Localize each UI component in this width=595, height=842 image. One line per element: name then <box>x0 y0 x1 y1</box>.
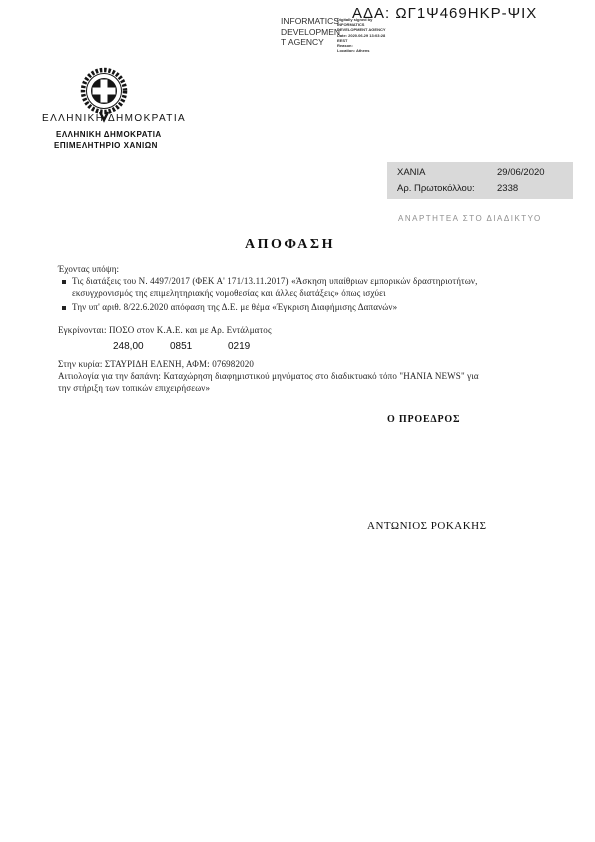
digital-signature-details: Digitally signed by INFORMATICS DEVELOPM… <box>337 17 386 53</box>
stamp-agency-line: T AGENCY <box>281 37 340 48</box>
protocol-city-row: ΧΑΝΙΑ 29/06/2020 <box>397 167 426 178</box>
amount-value: 248,00 <box>113 341 144 352</box>
board-decision-bullet-line: Την υπ' αριθ. 8/22.6.2020 απόφαση της Δ.… <box>72 302 397 312</box>
having-regard-line: Έχοντας υπόψη: <box>58 264 119 274</box>
kae-code: 0851 <box>170 341 192 352</box>
signature-name: ΑΝΤΩΝΙΟΣ ΡΟΚΑΚΗΣ <box>367 520 487 532</box>
bullet-icon <box>62 306 66 310</box>
posted-on-internet-note: ΑΝΑΡΤΗΤΕΑ ΣΤΟ ΔΙΑΔΙΚΤΥΟ <box>398 214 542 223</box>
stamp-detail-line: Date: 2020.06.29 13:03:28 <box>337 33 386 38</box>
stamp-detail-line: DEVELOPMENT AGENCY <box>337 27 386 32</box>
decision-title: ΑΠΟΦΑΣΗ <box>0 237 580 253</box>
warrant-number: 0219 <box>228 341 250 352</box>
signature-role: Ο ΠΡΟΕΔΡΟΣ <box>387 414 460 425</box>
hellenic-republic-subheading: ΕΛΛΗΝΙΚΗ ΔΗΜΟΚΡΑΤΙΑ <box>56 130 162 139</box>
decision-document-page: ΑΔΑ: ΩΓ1Ψ469ΗΚΡ-ΨΙΧ INFORMATICS DEVELOPM… <box>0 0 595 842</box>
approval-line: Εγκρίνονται: ΠΟΣΟ στον Κ.Α.Ε. και με Αρ.… <box>58 325 272 335</box>
justification-line: την στήριξη των τοπικών επιχειρήσεων» <box>58 383 210 393</box>
protocol-number-value: 2338 <box>497 183 518 194</box>
stamp-agency-line: INFORMATICS <box>281 16 340 27</box>
stamp-detail-line: Location: Athens <box>337 48 386 53</box>
bullet-icon <box>62 280 66 284</box>
recipient-line: Στην κυρία: ΣΤΑΥΡΙΔΗ ΕΛΕΝΗ, ΑΦΜ: 0769820… <box>58 359 254 369</box>
amounts-row: 248,00 0851 0219 <box>0 341 595 353</box>
protocol-number-label: Αρ. Πρωτοκόλλου: <box>397 183 475 194</box>
chamber-name: ΕΠΙΜΕΛΗΤΗΡΙΟ ΧΑΝΙΩΝ <box>54 141 158 150</box>
legal-basis-bullet-line: Τις διατάξεις του Ν. 4497/2017 (ΦΕΚ Α' 1… <box>72 276 478 286</box>
legal-basis-bullet-line: εκσυγχρονισμός της επιμελητηριακής νομοθ… <box>72 288 386 298</box>
protocol-city: ΧΑΝΙΑ <box>397 167 426 178</box>
hellenic-republic-heading: ΕΛΛΗΝΙΚΗ ΔΗΜΟΚΡΑΤΙΑ <box>42 113 186 124</box>
protocol-number-row: Αρ. Πρωτοκόλλου: 2338 <box>397 183 475 194</box>
justification-line: Αιτιολογία για την δαπάνη: Καταχώρηση δι… <box>58 371 479 381</box>
digital-signature-agency: INFORMATICS DEVELOPMEN T AGENCY <box>281 16 340 48</box>
stamp-agency-line: DEVELOPMEN <box>281 27 340 38</box>
protocol-date: 29/06/2020 <box>497 167 545 178</box>
protocol-box: ΧΑΝΙΑ 29/06/2020 Αρ. Πρωτοκόλλου: 2338 <box>387 162 573 199</box>
